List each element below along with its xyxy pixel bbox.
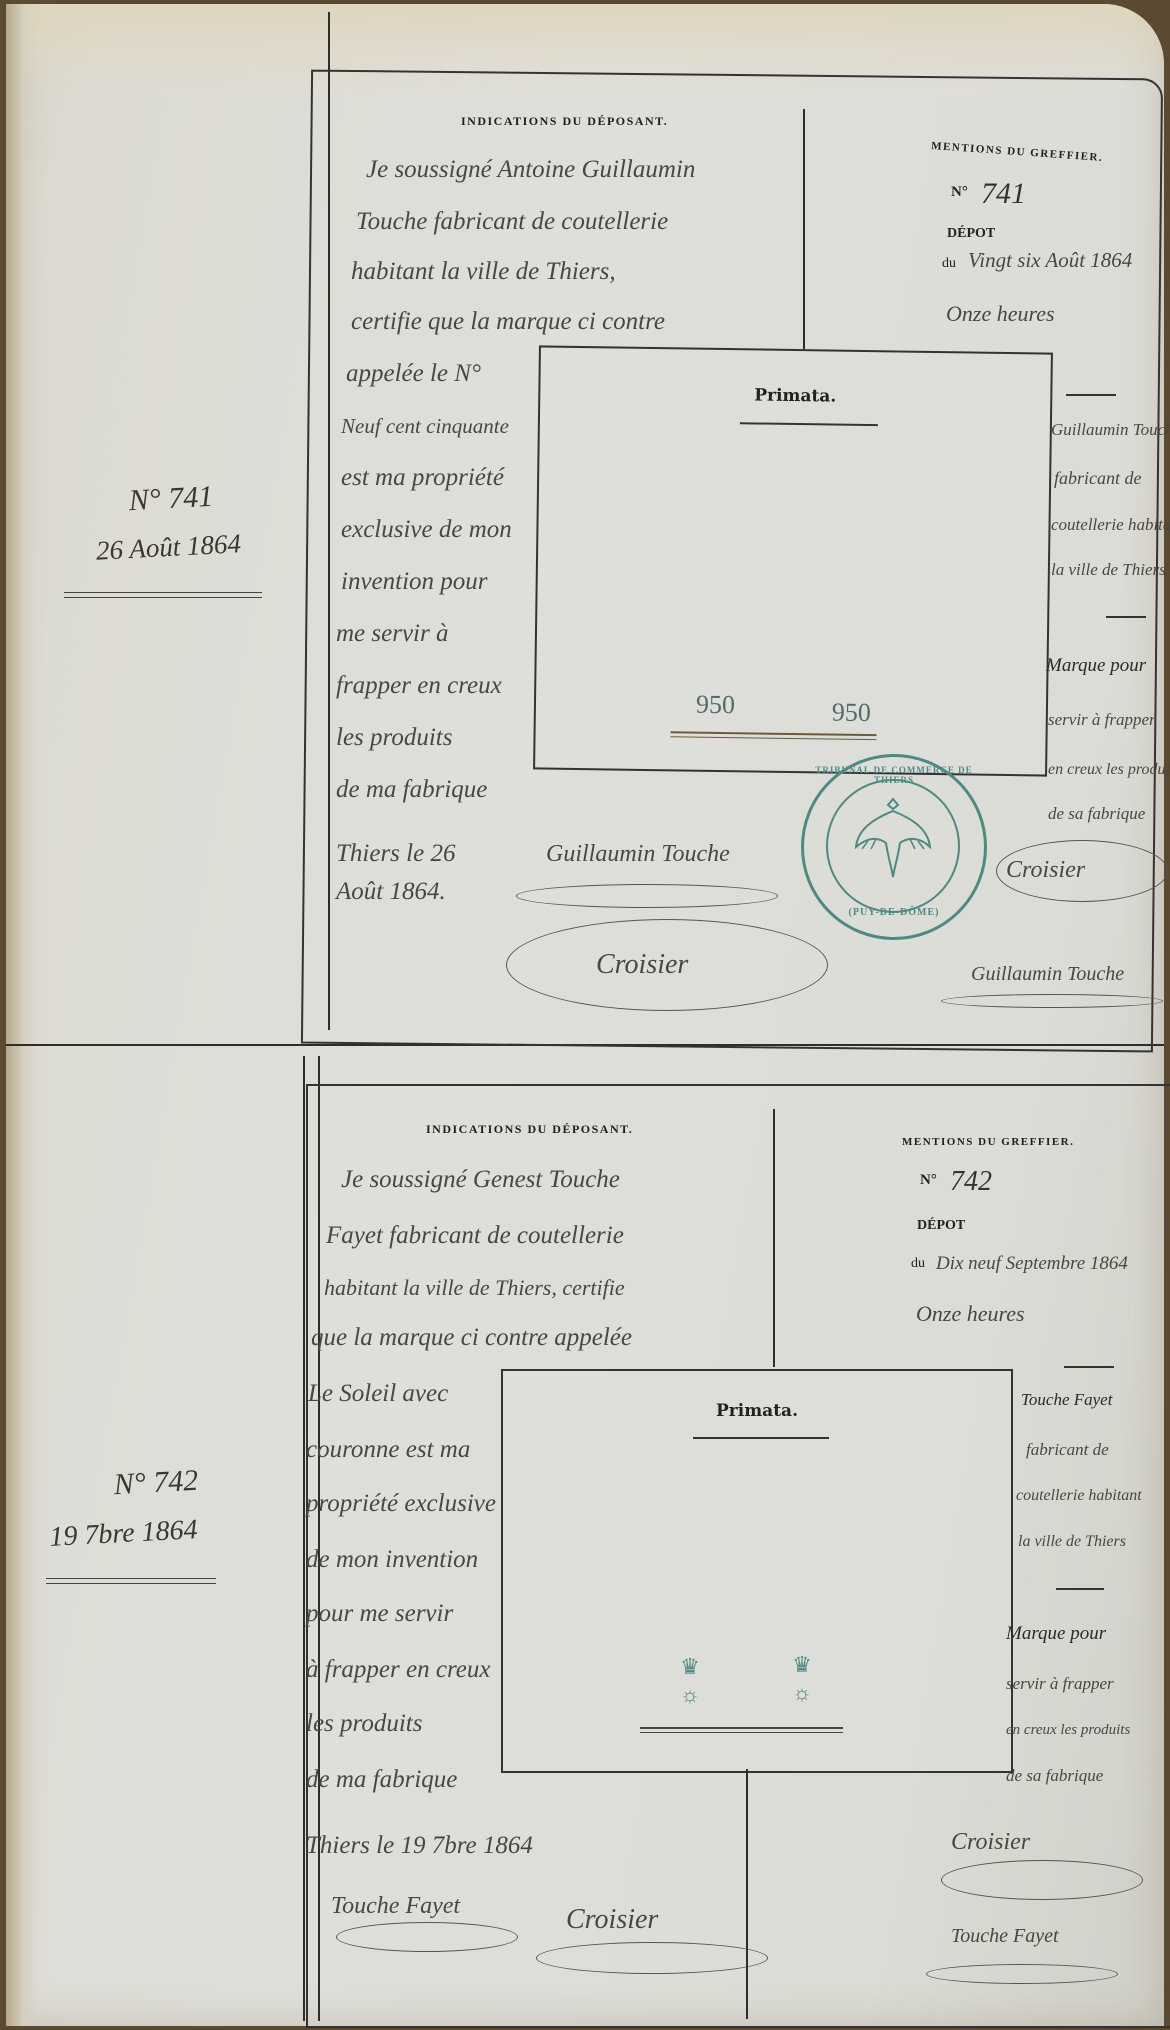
- handwritten-line: me servir à: [336, 608, 448, 660]
- handwritten-line: de mon invention: [306, 1534, 478, 1586]
- margin-note-number: N° 742: [80, 1462, 232, 1504]
- clerk-name-line: fabricant de: [1026, 1424, 1109, 1476]
- margin-note-number: N° 741: [85, 478, 257, 521]
- column-divider: [746, 1769, 748, 2019]
- signature-flourish: [926, 1964, 1118, 1984]
- clerk-date-line: Dix neuf Septembre 1864: [936, 1238, 1128, 1290]
- clerk-name-line: la ville de Thiers: [1018, 1516, 1126, 1568]
- clerk-date-line: Vingt six Août 1864: [968, 234, 1132, 286]
- margin-note-underline: [64, 592, 262, 598]
- depositor-signature: Guillaumin Touche: [546, 828, 730, 880]
- marque-line: en creux les produits: [1006, 1704, 1130, 1756]
- handwritten-line: Neuf cent cinquante: [341, 400, 509, 452]
- crown-icon: ♛: [787, 1654, 817, 1676]
- mark-baseline: [640, 1727, 843, 1733]
- handwritten-line: habitant la ville de Thiers,: [351, 246, 616, 298]
- clerk-time-line: Onze heures: [946, 288, 1055, 340]
- depositor-heading: INDICATIONS DU DÉPOSANT.: [461, 114, 668, 129]
- handwritten-line: de ma fabrique: [336, 764, 487, 816]
- register-page: N° 741 26 Août 1864 INDICATIONS DU DÉPOS…: [6, 4, 1164, 2026]
- clerk-number-label: N°: [951, 184, 968, 201]
- signature-flourish: [336, 1922, 518, 1952]
- mark-title: Primata.: [540, 382, 1050, 409]
- depot-label: DÉPOT: [917, 1218, 965, 1234]
- marque-line: de sa fabrique: [1006, 1750, 1103, 1802]
- seal-text-top: TRIBUNAL DE COMMERCE DE THIERS: [814, 765, 974, 785]
- eagle-emblem-icon: [848, 797, 938, 887]
- clerk-heading: MENTIONS DU GREFFIER.: [902, 1136, 1074, 1148]
- clerk-number-label: N°: [920, 1172, 937, 1189]
- signature-flourish: [536, 1942, 768, 1974]
- column-divider: [773, 1109, 775, 1367]
- handwritten-line: couronne est ma: [306, 1424, 470, 1476]
- clerk-rule: [1064, 1366, 1114, 1368]
- marque-line: servir à frapper: [1006, 1658, 1114, 1710]
- column-divider: [803, 109, 805, 349]
- handwritten-line: frapper en creux: [336, 660, 502, 712]
- place-date-line: Thiers le 19 7bre 1864: [306, 1820, 533, 1872]
- clerk-name-line: coutellerie habitant: [1016, 1470, 1142, 1522]
- clerk-name-line: fabricant de: [1054, 452, 1142, 504]
- clerk-column-signature: Guillaumin Touche: [971, 948, 1124, 1000]
- tribunal-seal: TRIBUNAL DE COMMERCE DE THIERS (PUY-DE-D…: [801, 754, 987, 940]
- handwritten-line: propriété exclusive: [306, 1478, 496, 1530]
- sun-face-icon: ☼: [787, 1682, 817, 1704]
- mark-title: Primata.: [503, 1401, 1011, 1421]
- clerk-number-value: 741: [981, 168, 1026, 220]
- handwritten-line: les produits: [336, 712, 452, 764]
- crown-sun-mark-right: ♛ ☼: [787, 1654, 817, 1714]
- handwritten-line: exclusive de mon: [341, 504, 512, 556]
- handwritten-line: habitant la ville de Thiers, certifie: [324, 1262, 625, 1314]
- handwritten-line: de ma fabrique: [306, 1754, 457, 1806]
- handwritten-line: à frapper en creux: [306, 1644, 490, 1696]
- clerk-rule: [1056, 1588, 1104, 1590]
- clerk-rule: [1106, 616, 1146, 618]
- margin-note-date: 19 7bre 1864: [15, 1512, 231, 1555]
- handwritten-line: Le Soleil avec: [308, 1368, 448, 1420]
- handwritten-line: est ma propriété: [341, 452, 504, 504]
- seal-text-bottom: (PUY-DE-DÔME): [834, 907, 954, 918]
- marque-line: Marque pour: [1006, 1608, 1106, 1660]
- du-label: du: [911, 1256, 925, 1272]
- binding-spine: [6, 4, 36, 2026]
- trademark-box: Primata. 950 950: [533, 345, 1053, 776]
- marque-line: de sa fabrique: [1048, 788, 1145, 840]
- place-date-line: Août 1864.: [336, 866, 446, 918]
- mark-title-underline: [740, 422, 878, 426]
- handwritten-line: pour me servir: [306, 1588, 453, 1640]
- mark-title-underline: [693, 1437, 829, 1439]
- margin-note-date: 26 Août 1864: [60, 526, 276, 568]
- crown-icon: ♛: [675, 1656, 705, 1678]
- handwritten-line: les produits: [306, 1698, 422, 1750]
- marque-line: servir à frapper: [1048, 694, 1156, 746]
- margin-note-underline: [46, 1578, 216, 1584]
- depositor-heading: INDICATIONS DU DÉPOSANT.: [426, 1122, 633, 1137]
- trademark-stamp-left: 950: [696, 690, 735, 721]
- handwritten-line: appelée le N°: [346, 348, 481, 400]
- clerk-name-line: Guillaumin Touche: [1051, 404, 1170, 456]
- sun-face-icon: ☼: [675, 1684, 705, 1706]
- handwritten-line: Fayet fabricant de coutellerie: [326, 1210, 624, 1262]
- clerk-signature: Croisier: [596, 939, 688, 991]
- handwritten-line: Je soussigné Antoine Guillaumin: [366, 144, 695, 196]
- clerk-rule: [1066, 394, 1116, 396]
- signature-flourish: [941, 1860, 1143, 1900]
- handwritten-line: Touche fabricant de coutellerie: [356, 196, 668, 248]
- mark-baseline: [671, 731, 877, 740]
- crown-sun-mark-left: ♛ ☼: [675, 1656, 705, 1716]
- clerk-name-line: la ville de Thiers: [1051, 544, 1166, 596]
- trademark-box: Primata. ♛ ☼ ♛ ☼: [501, 1369, 1013, 1773]
- signature-flourish: [516, 884, 778, 908]
- trademark-stamp-right: 950: [832, 698, 871, 729]
- clerk-column-signature: Touche Fayet: [951, 1910, 1059, 1962]
- marque-line: Marque pour: [1046, 640, 1146, 692]
- clerk-number-value: 742: [950, 1156, 992, 1208]
- margin-rule-vertical: [303, 1056, 305, 2021]
- handwritten-line: que la marque ci contre appelée: [311, 1312, 632, 1364]
- clerk-name-line: Touche Fayet: [1021, 1374, 1112, 1426]
- du-label: du: [942, 256, 956, 272]
- clerk-signature: Croisier: [566, 1894, 658, 1946]
- handwritten-line: certifie que la marque ci contre: [351, 296, 665, 348]
- handwritten-line: invention pour: [341, 556, 488, 608]
- signature-flourish: [941, 994, 1163, 1008]
- clerk-time-line: Onze heures: [916, 1288, 1025, 1340]
- signature-flourish: [996, 840, 1168, 902]
- handwritten-line: Je soussigné Genest Touche: [341, 1154, 620, 1206]
